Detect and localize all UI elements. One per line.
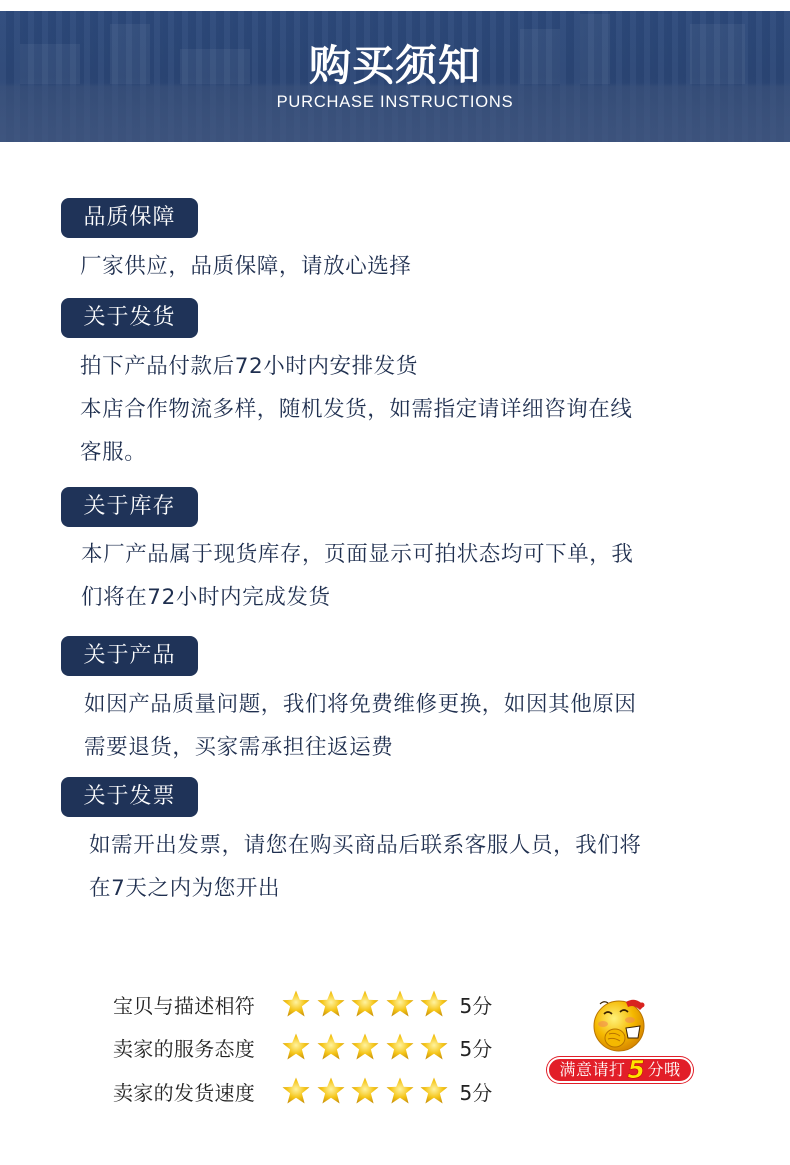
rating-label: 宝贝与描述相符 [113,990,281,1019]
section-heading-inventory: 关于库存 [61,487,198,527]
section-text-shipping-line-3: 客服。 [80,438,146,468]
page-subtitle: PURCHASE INSTRUCTIONS [0,92,790,112]
five-star-request-badge: 满意请打5分哦 [546,990,696,1085]
rating-label: 卖家的发货速度 [113,1077,281,1106]
star-icon [281,1076,311,1106]
star-rating [281,1076,454,1106]
section-heading-product: 关于产品 [61,636,198,676]
star-icon [350,1032,380,1062]
star-icon [281,989,311,1019]
section-text-product-line-2: 需要退货，买家需承担往返运费 [84,733,393,763]
rating-row-description: 宝贝与描述相符 5分 [113,987,492,1021]
star-icon [316,1076,346,1106]
section-text-product-line-1: 如因产品质量问题，我们将免费维修更换，如因其他原因 [84,690,637,720]
star-rating [281,1032,454,1062]
star-icon [281,1032,311,1062]
rating-label: 卖家的服务态度 [113,1033,281,1062]
star-icon [316,1032,346,1062]
section-heading-shipping: 关于发货 [61,298,198,338]
star-icon [385,1076,415,1106]
star-icon [350,989,380,1019]
star-icon [385,1032,415,1062]
section-text-invoice-line-1: 如需开出发票，请您在购买商品后联系客服人员，我们将 [89,831,642,861]
star-icon [419,1032,449,1062]
section-text-inventory-line-1: 本厂产品属于现货库存，页面显示可拍状态均可下单，我 [81,540,634,570]
star-icon [419,1076,449,1106]
star-rating [281,989,454,1019]
section-text-quality-line-1: 厂家供应，品质保障，请放心选择 [80,252,412,282]
page-title: 购买须知 [0,43,790,89]
rating-score: 5分 [460,1033,493,1062]
smiley-face-icon [590,994,652,1056]
section-text-inventory-line-2: 们将在72小时内完成发货 [81,583,331,613]
badge-suffix: 分哦 [647,1060,680,1079]
section-text-invoice-line-2: 在7天之内为您开出 [89,874,280,904]
star-icon [385,989,415,1019]
rating-score: 5分 [460,1077,493,1106]
rating-row-service: 卖家的服务态度 5分 [113,1030,492,1064]
header-banner: 购买须知 PURCHASE INSTRUCTIONS [0,11,790,142]
star-icon [316,989,346,1019]
badge-prefix: 满意请打 [560,1060,626,1079]
section-heading-invoice: 关于发票 [61,777,198,817]
rating-row-delivery: 卖家的发货速度 5分 [113,1074,492,1108]
section-heading-quality: 品质保障 [61,198,198,238]
star-icon [419,989,449,1019]
star-icon [350,1076,380,1106]
badge-label: 满意请打5分哦 [547,1057,693,1083]
badge-number: 5 [628,1055,646,1084]
section-text-shipping-line-1: 拍下产品付款后72小时内安排发货 [80,352,418,382]
section-text-shipping-line-2: 本店合作物流多样，随机发货，如需指定请详细咨询在线 [80,395,633,425]
rating-score: 5分 [460,990,493,1019]
